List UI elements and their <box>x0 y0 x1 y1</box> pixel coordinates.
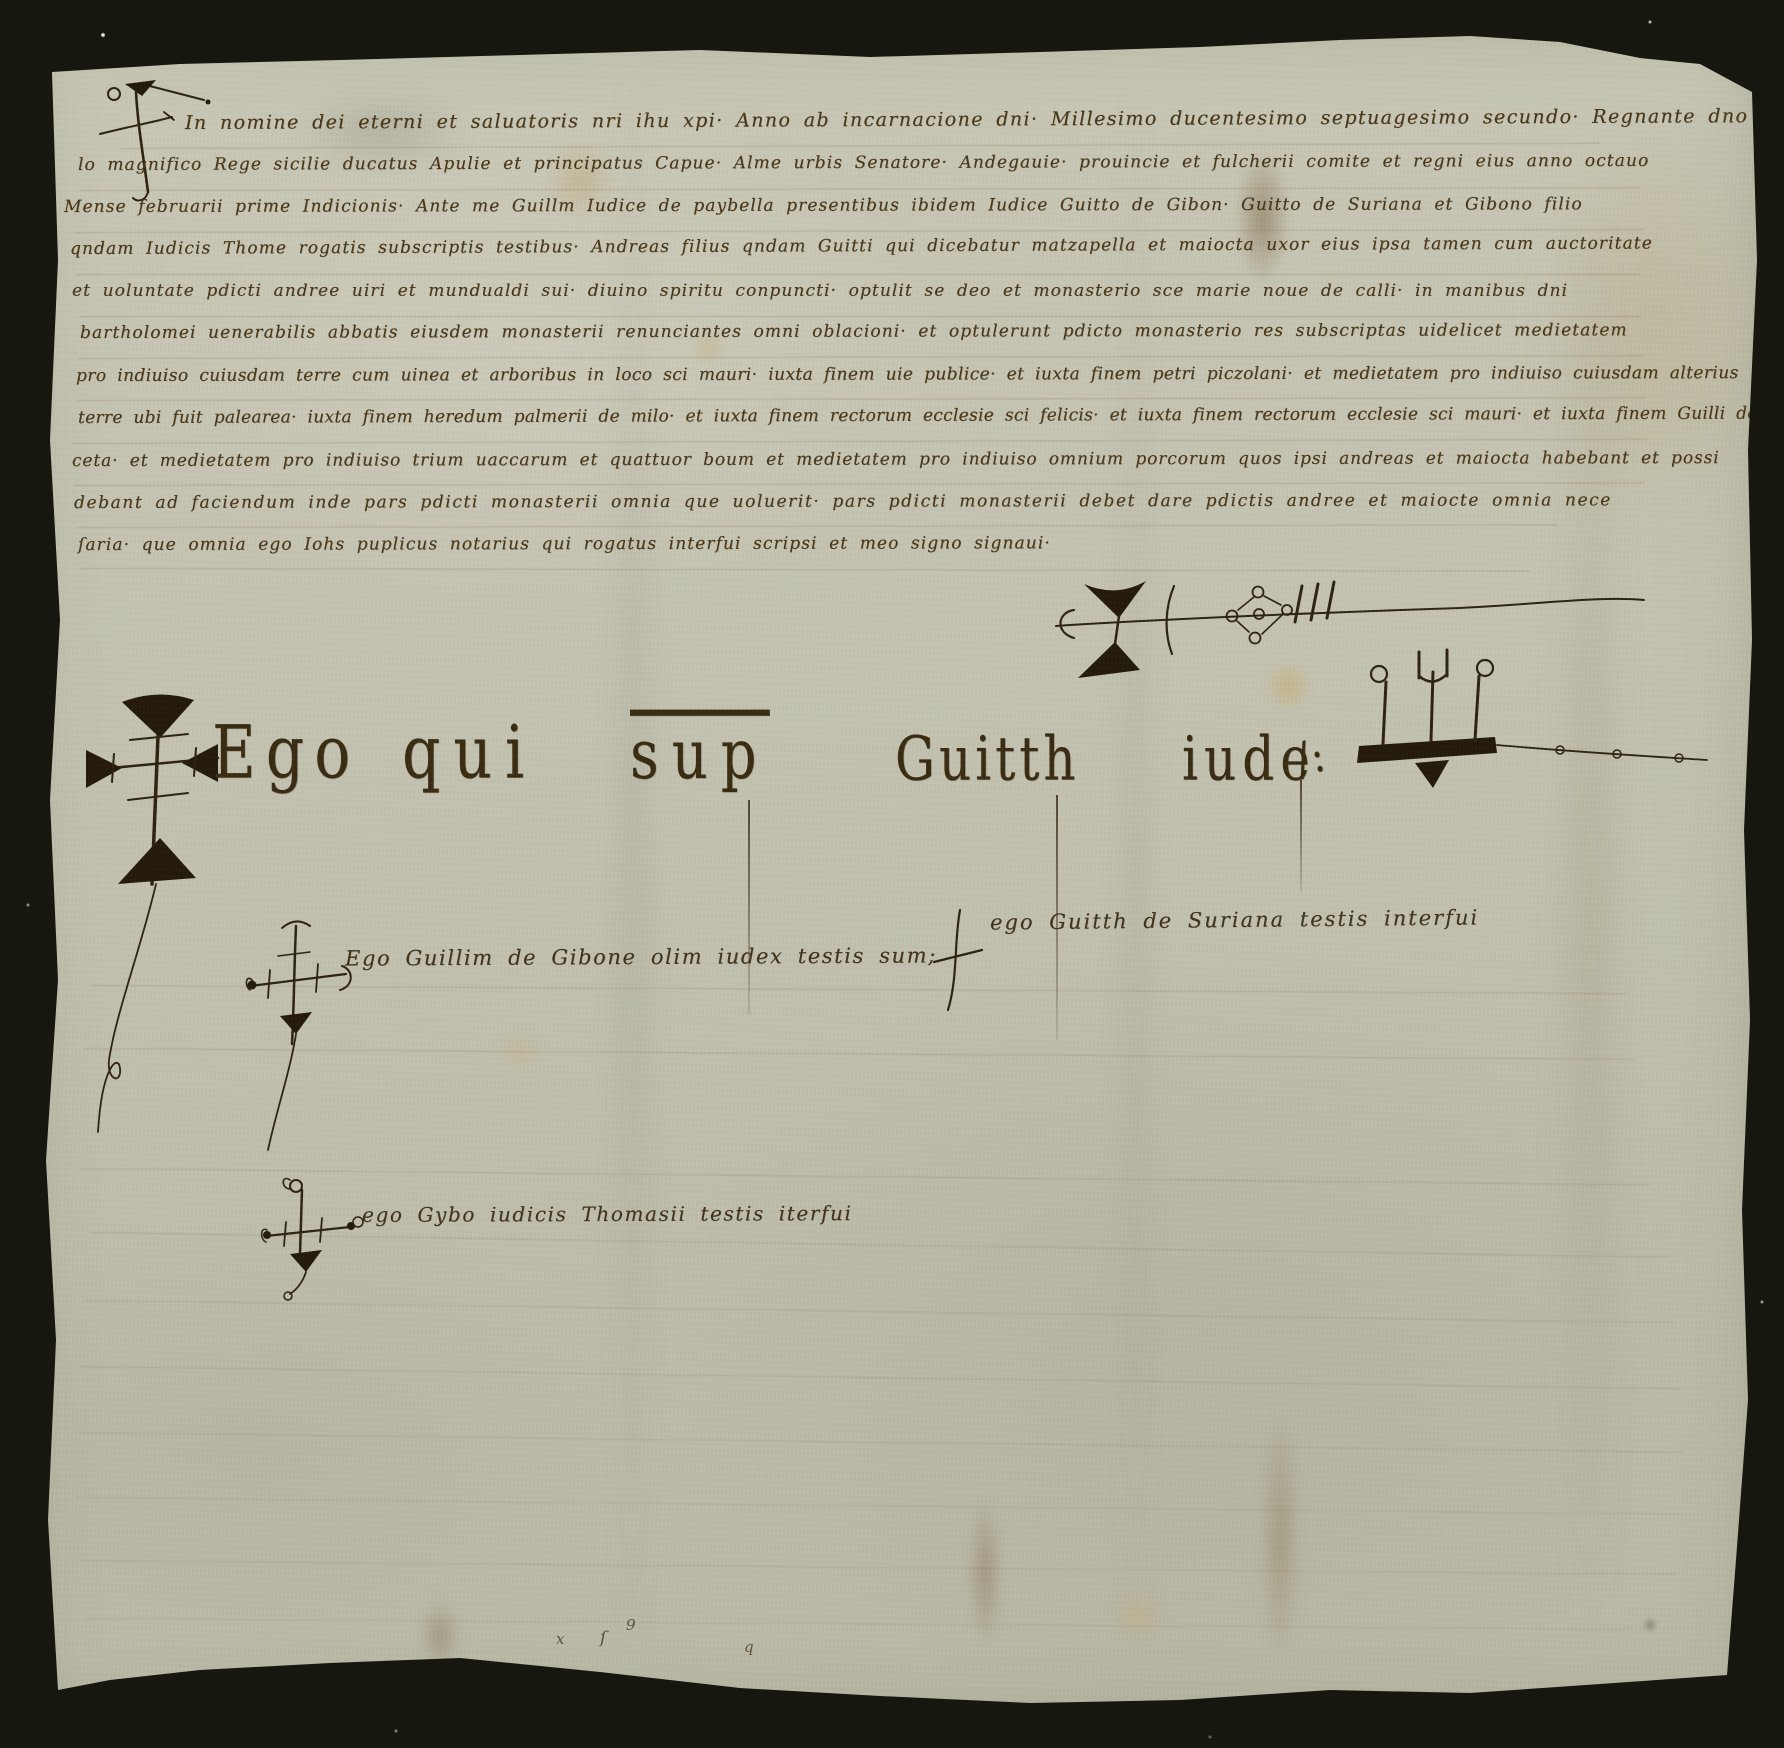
ink-stain <box>1262 1415 1298 1660</box>
script-line: bartholomei uenerabilis abbatis eiusdem … <box>80 320 1628 343</box>
script-line: ſaria· que omnia ego Iohs puplicus notar… <box>78 533 1051 555</box>
ruling-line <box>80 1366 1680 1390</box>
ruling-line <box>78 524 1558 528</box>
ruling-line <box>76 274 1641 275</box>
ruling-line <box>76 1497 1681 1515</box>
ruling-line <box>80 1560 1675 1575</box>
charter-photo: In nomine dei eterni et saluatoris nri i… <box>0 0 1784 1748</box>
ruling-line <box>74 482 1644 486</box>
display-word: Guitth <box>895 723 1080 794</box>
witness-cross-icon <box>928 902 988 1017</box>
ruling-line <box>74 229 1644 233</box>
script-line: pro indiuiso cuiusdam terre cum uinea et… <box>76 363 1739 386</box>
ink-stain <box>1108 1588 1168 1643</box>
witness-subscription: ego Guitth de Suriana testis interfui <box>990 905 1479 934</box>
ruling-line <box>120 143 1600 150</box>
ruling-line <box>72 439 1647 445</box>
fold-shadow <box>1118 85 1152 1640</box>
script-line: lo magnifico Rege sicilie ducatus Apulie… <box>78 151 1649 175</box>
fold-shadow <box>1560 220 1620 1600</box>
bottom-mark: q <box>744 1638 754 1656</box>
display-word: sup <box>630 716 770 795</box>
ruling-line <box>78 355 1643 359</box>
descender-stroke <box>1300 780 1302 892</box>
parchment: In nomine dei eterni et saluatoris nri i… <box>0 0 1784 1748</box>
ruling-line <box>80 187 1640 191</box>
script-line: In nomine dei eterni et saluatoris nri i… <box>185 104 1784 134</box>
descender-stroke <box>748 800 750 1015</box>
script-line: ceta· et medietatem pro indiuiso trium u… <box>72 448 1720 471</box>
witness-cross-icon <box>258 1172 362 1332</box>
invocation-chrismon-icon <box>92 72 192 202</box>
witness-subscription: ego Gybo iudicis Thomasii testis iterfui <box>362 1201 853 1227</box>
script-line: Mense februarii prime Indicionis· Ante m… <box>64 194 1583 217</box>
judge-trident-signum-icon <box>1345 640 1715 795</box>
witness-cross-icon <box>242 912 354 1157</box>
display-word: qui <box>402 711 537 796</box>
witness-subscription: Ego Guillim de Gibone olim iudex testis … <box>345 943 937 970</box>
ruling-line <box>80 316 1640 317</box>
bottom-mark: x <box>556 1630 564 1648</box>
bottom-mark: 9 <box>626 1616 636 1634</box>
ink-stain <box>420 1600 460 1670</box>
fold-shadow <box>612 75 654 1650</box>
display-word: Ego <box>212 711 360 796</box>
ruling-line <box>86 1618 1646 1630</box>
script-line: terre ubi fuit palearea· iuxta finem her… <box>78 404 1784 428</box>
ruling-line <box>78 1432 1683 1453</box>
script-line: qndam Iudicis Thome rogatis subscriptis … <box>70 233 1653 259</box>
script-line: debant ad faciendum inde pars pdicti mon… <box>74 490 1612 513</box>
bottom-mark: ſ <box>600 1628 606 1648</box>
script-line: et uoluntate pdicti andree uiri et mundu… <box>72 281 1568 301</box>
ruling-line <box>76 397 1646 401</box>
